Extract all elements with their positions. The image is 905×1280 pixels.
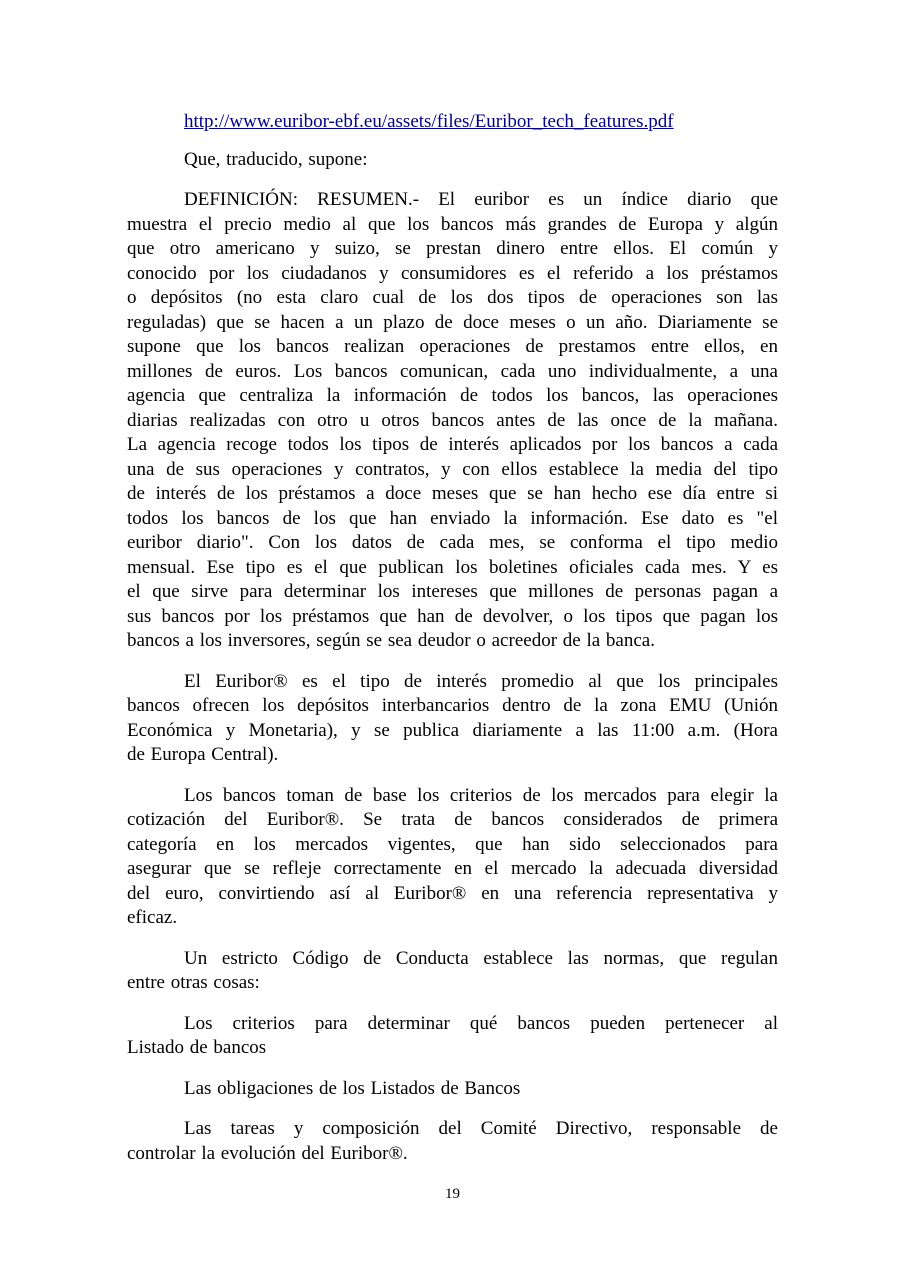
text-line: eficaz. <box>127 906 778 931</box>
text-line: sus bancos por los préstamos que han de … <box>127 605 778 630</box>
text-line: Listado de bancos <box>127 1036 778 1061</box>
text-line: supone que los bancos realizan operacion… <box>127 335 778 360</box>
text-line: cotización del Euribor®. Se trata de ban… <box>127 808 778 833</box>
paragraph: DEFINICIÓN: RESUMEN.- El euribor es un í… <box>127 188 778 654</box>
document-body: http://www.euribor-ebf.eu/assets/files/E… <box>127 110 778 1182</box>
paragraph: Los criterios para determinar qué bancos… <box>127 1012 778 1061</box>
text-line: bancos ofrecen los depósitos interbancar… <box>127 694 778 719</box>
paragraph: Un estricto Código de Conducta establece… <box>127 947 778 996</box>
paragraph: Que, traducido, supone: <box>127 148 778 173</box>
page-number: 19 <box>0 1184 905 1204</box>
text-line: entre otras cosas: <box>127 971 778 996</box>
text-line: agencia que centraliza la información de… <box>127 384 778 409</box>
text-line: de interés de los préstamos a doce meses… <box>127 482 778 507</box>
document-page: http://www.euribor-ebf.eu/assets/files/E… <box>0 0 905 1280</box>
text-line: asegurar que se refleje correctamente en… <box>127 857 778 882</box>
text-line: DEFINICIÓN: RESUMEN.- El euribor es un í… <box>127 188 778 213</box>
text-line: controlar la evolución del Euribor®. <box>127 1142 778 1167</box>
hyperlink-line: http://www.euribor-ebf.eu/assets/files/E… <box>127 110 778 135</box>
text-line: Las obligaciones de los Listados de Banc… <box>127 1077 778 1102</box>
text-line: del euro, convirtiendo así al Euribor® e… <box>127 882 778 907</box>
paragraph: Las tareas y composición del Comité Dire… <box>127 1117 778 1166</box>
text-line: Los bancos toman de base los criterios d… <box>127 784 778 809</box>
text-line: reguladas) que se hacen a un plazo de do… <box>127 311 778 336</box>
text-line: o depósitos (no esta claro cual de los d… <box>127 286 778 311</box>
text-line: El Euribor® es el tipo de interés promed… <box>127 670 778 695</box>
paragraph: El Euribor® es el tipo de interés promed… <box>127 670 778 768</box>
text-line: euribor diario". Con los datos de cada m… <box>127 531 778 556</box>
text-line: Un estricto Código de Conducta establece… <box>127 947 778 972</box>
text-line: una de sus operaciones y contratos, y co… <box>127 458 778 483</box>
text-line: muestra el precio medio al que los banco… <box>127 213 778 238</box>
text-line: todos los bancos de los que han enviado … <box>127 507 778 532</box>
paragraph: Los bancos toman de base los criterios d… <box>127 784 778 931</box>
text-line: La agencia recoge todos los tipos de int… <box>127 433 778 458</box>
text-line: Las tareas y composición del Comité Dire… <box>127 1117 778 1142</box>
text-line: Los criterios para determinar qué bancos… <box>127 1012 778 1037</box>
text-line: mensual. Ese tipo es el que publican los… <box>127 556 778 581</box>
text-line: categoría en los mercados vigentes, que … <box>127 833 778 858</box>
text-line: conocido por los ciudadanos y consumidor… <box>127 262 778 287</box>
text-line: millones de euros. Los bancos comunican,… <box>127 360 778 385</box>
text-line: el que sirve para determinar los interes… <box>127 580 778 605</box>
text-line: que otro americano y suizo, se prestan d… <box>127 237 778 262</box>
paragraph: Las obligaciones de los Listados de Banc… <box>127 1077 778 1102</box>
euribor-pdf-link[interactable]: http://www.euribor-ebf.eu/assets/files/E… <box>184 111 674 132</box>
text-line: de Europa Central). <box>127 743 778 768</box>
text-line: bancos a los inversores, según se sea de… <box>127 629 778 654</box>
text-line: diarias realizadas con otro u otros banc… <box>127 409 778 434</box>
text-line: Económica y Monetaria), y se publica dia… <box>127 719 778 744</box>
text-line: Que, traducido, supone: <box>127 148 778 173</box>
paragraphs: Que, traducido, supone:DEFINICIÓN: RESUM… <box>127 148 778 1167</box>
